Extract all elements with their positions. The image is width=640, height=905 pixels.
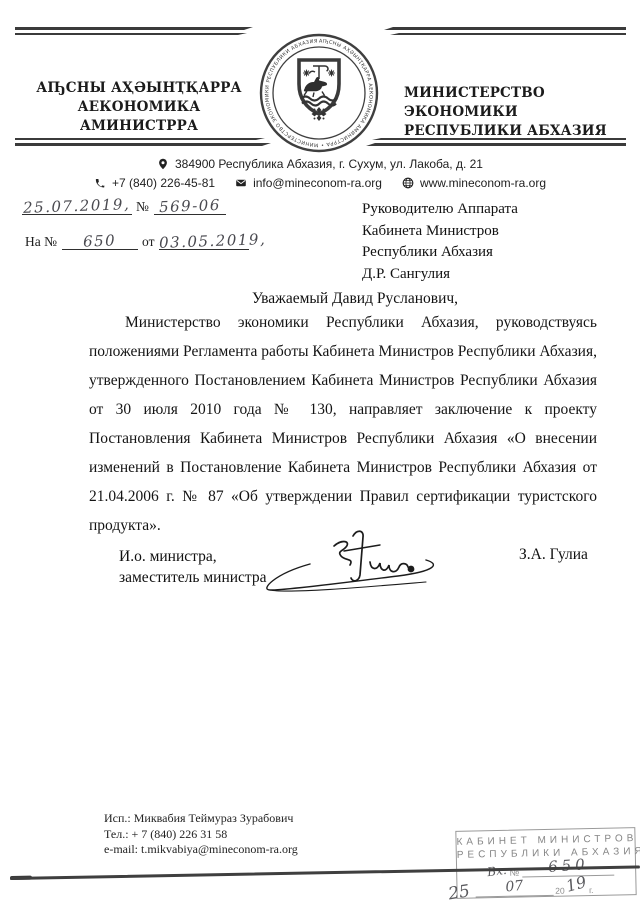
outgoing-date-handwritten: 25.07.2019,	[23, 195, 131, 217]
stamp-date-row: 25 07 20 19 г.	[447, 876, 627, 898]
header-rule-top-right-thick	[384, 27, 626, 30]
incoming-number-handwritten: 650	[83, 231, 117, 250]
header-rule-top-left-thick	[15, 27, 253, 30]
emblem-rosette-left	[303, 70, 310, 77]
contact-block: 384900 Республика Абхазия, г. Сухум, ул.…	[0, 155, 640, 192]
executor-block: Исп.: Миквабия Теймураз Зурабович Тел.: …	[104, 811, 298, 858]
incoming-date-handwritten: 03.05.2019,	[159, 230, 267, 252]
stamp-month-field: 07	[475, 877, 553, 898]
recipient-line: Д.Р. Сангулия	[362, 264, 597, 286]
stamp-incoming-prefix-handwritten: Вх.	[486, 863, 507, 879]
incoming-registration-stamp: КАБИНЕТ МИНИСТРОВ РЕСПУБЛИКИ АБХАЗИЯ Вх.…	[455, 827, 636, 899]
contact-address: 384900 Республика Абхазия, г. Сухум, ул.…	[175, 157, 483, 171]
incoming-date-field: 03.05.2019,	[159, 231, 249, 250]
handwritten-signature	[258, 524, 443, 598]
letter-body-paragraph: Министерство экономики Республики Абхази…	[89, 308, 597, 540]
org-name-russian-line2: РЕСПУБЛИКИ АБХАЗИЯ	[404, 122, 636, 141]
contact-phone: +7 (840) 226-45-81	[112, 176, 215, 190]
phone-icon	[94, 177, 106, 189]
outgoing-number-handwritten: 569-06	[159, 196, 221, 216]
contact-links-row: +7 (840) 226-45-81 info@mineconom-ra.org…	[0, 174, 640, 192]
globe-icon	[402, 177, 414, 189]
executor-email: e-mail: t.mikvabiya@mineconom-ra.org	[104, 842, 298, 858]
letter-page: АҦСНЫ АҲӘЫНҬҚАРРА АЕКОНОМИКА АМИНИСТРРА …	[0, 0, 640, 905]
header-rule-bottom-left-thick	[15, 143, 271, 146]
executor-name: Исп.: Миквабия Теймураз Зурабович	[104, 811, 298, 827]
outgoing-number-field: 569-06	[154, 196, 226, 215]
signer-position-line1: И.о. министра,	[119, 546, 267, 567]
location-pin-icon	[157, 158, 169, 170]
header-rule-top-left-thin	[15, 33, 247, 35]
ministry-emblem-seal: АҦСНЫ АҲӘЫНҬҚАРРА АЕКОНОМИКА АМИНИСТРРА …	[257, 31, 381, 155]
contact-email: info@mineconom-ra.org	[253, 176, 382, 190]
org-name-abkhazian-line2: АЕКОНОМИКА АМИНИСТРРА	[18, 98, 260, 136]
stamp-day-handwritten: 25	[447, 881, 472, 904]
contact-address-row: 384900 Республика Абхазия, г. Сухум, ул.…	[0, 155, 640, 173]
header-rule-bottom-left-thin	[15, 138, 265, 140]
header-rule-top-right-thin	[390, 33, 626, 35]
executor-phone: Тел.: + 7 (840) 226 31 58	[104, 827, 298, 843]
stamp-year-suffix: г.	[589, 885, 594, 895]
stamp-year-prefix: 20	[555, 886, 565, 896]
org-name-abkhazian-line1: АҦСНЫ АҲӘЫНҬҚАРРА	[18, 79, 260, 98]
org-name-russian-line1: МИНИСТЕРСТВО ЭКОНОМИКИ	[404, 84, 636, 122]
signer-position: И.о. министра, заместитель министра	[119, 546, 267, 588]
envelope-icon	[235, 177, 247, 189]
recipient-block: Руководителю Аппарата Кабинета Министров…	[362, 199, 597, 285]
signer-name: З.А. Гулиа	[519, 546, 588, 564]
from-label: от	[142, 234, 154, 250]
incoming-number-field: 650	[62, 231, 138, 250]
emblem-rosette-right	[328, 70, 335, 77]
signer-position-line2: заместитель министра	[119, 567, 267, 588]
outgoing-date-field: 25.07.2019,	[22, 196, 132, 215]
recipient-line: Руководителю Аппарата	[362, 199, 597, 221]
recipient-line: Кабинета Министров	[362, 221, 597, 243]
org-name-russian: МИНИСТЕРСТВО ЭКОНОМИКИ РЕСПУБЛИКИ АБХАЗИ…	[404, 84, 636, 141]
salutation: Уважаемый Давид Русланович,	[130, 290, 580, 308]
stamp-month-handwritten: 07	[505, 878, 524, 896]
org-name-abkhazian: АҦСНЫ АҲӘЫНҬҚАРРА АЕКОНОМИКА АМИНИСТРРА	[18, 79, 260, 136]
header-rule-bottom-right-thick	[366, 143, 626, 146]
outgoing-reference-row: 25.07.2019, № 569-06	[22, 196, 226, 215]
recipient-line: Республики Абхазия	[362, 242, 597, 264]
incoming-reference-row: На № 650 от 03.05.2019,	[25, 231, 249, 250]
contact-website: www.mineconom-ra.org	[420, 176, 546, 190]
number-sign-label: №	[136, 199, 149, 215]
incoming-number-label: На №	[25, 234, 57, 250]
